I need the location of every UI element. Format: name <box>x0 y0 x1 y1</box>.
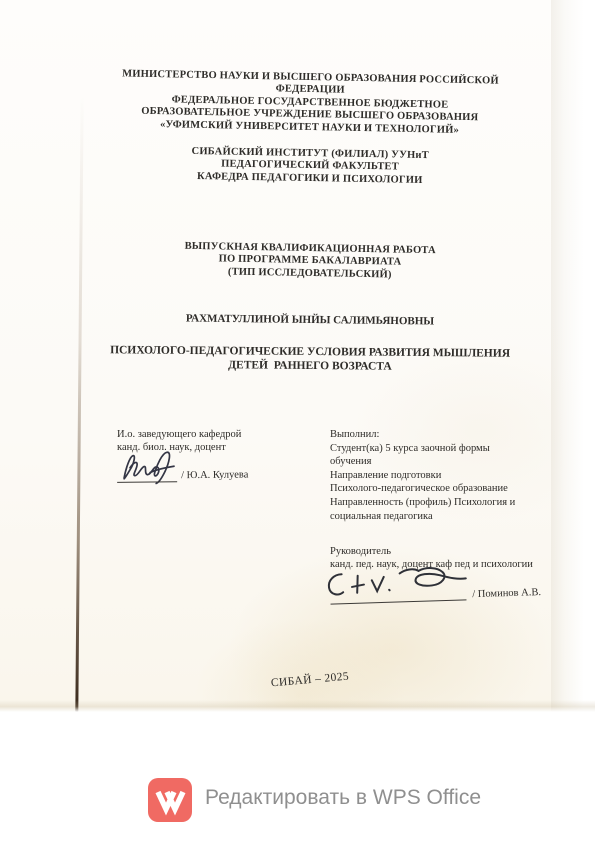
scan-left-page-edge <box>75 95 83 712</box>
performer-info: Выполнил: Студент(ка) 5 курса заочной фо… <box>330 428 545 523</box>
ministry-header: МИНИСТЕРСТВО НАУКИ И ВЫСШЕГО ОБРАЗОВАНИЯ… <box>59 67 560 139</box>
approver-name: / Ю.А. Кулуева <box>181 469 248 481</box>
author-name: РАХМАТУЛЛИНОЙ ЫНЙЫ САЛИМЬЯНОВНЫ <box>60 311 560 329</box>
performer-line: социальная педагогика <box>330 510 545 524</box>
supervisor-name: / Поминов А.В. <box>472 587 541 600</box>
supervisor-signature-row: / Поминов А.В. <box>325 559 566 611</box>
approver-line: И.о. заведующего кафедрой <box>117 428 241 441</box>
wps-edit-button[interactable]: Редактировать в WPS Office <box>148 778 478 822</box>
institute-header: СИБАЙСКИЙ ИНСТИТУТ (ФИЛИАЛ) УУНиТ ПЕДАГО… <box>60 144 561 190</box>
performer-line: Направленность (профиль) Психология и <box>330 496 545 510</box>
performer-line: Психолого-педагогическое образование <box>330 482 545 496</box>
thesis-title: ПСИХОЛОГО-ПЕДАГОГИЧЕСКИЕ УСЛОВИЯ РАЗВИТИ… <box>60 344 560 375</box>
wps-edit-label: Редактировать в WPS Office <box>205 786 481 810</box>
signature-kulueva <box>117 447 181 486</box>
scanned-document-page: МИНИСТЕРСТВО НАУКИ И ВЫСШЕГО ОБРАЗОВАНИЯ… <box>0 0 595 712</box>
performer-line: Студент(ка) 5 курса заочной формы <box>330 442 545 456</box>
performer-line: обучения <box>330 455 545 469</box>
wps-logo-icon <box>148 778 192 822</box>
work-type: ВЫПУСКНАЯ КВАЛИФИКАЦИОННАЯ РАБОТА ПО ПРО… <box>60 239 561 285</box>
performer-line: Направление подготовки <box>330 469 545 483</box>
supervisor-line: Руководитель <box>330 545 565 558</box>
approver-signature-row: / Ю.А. Кулуева <box>117 446 277 486</box>
performer-line: Выполнил: <box>330 428 545 442</box>
